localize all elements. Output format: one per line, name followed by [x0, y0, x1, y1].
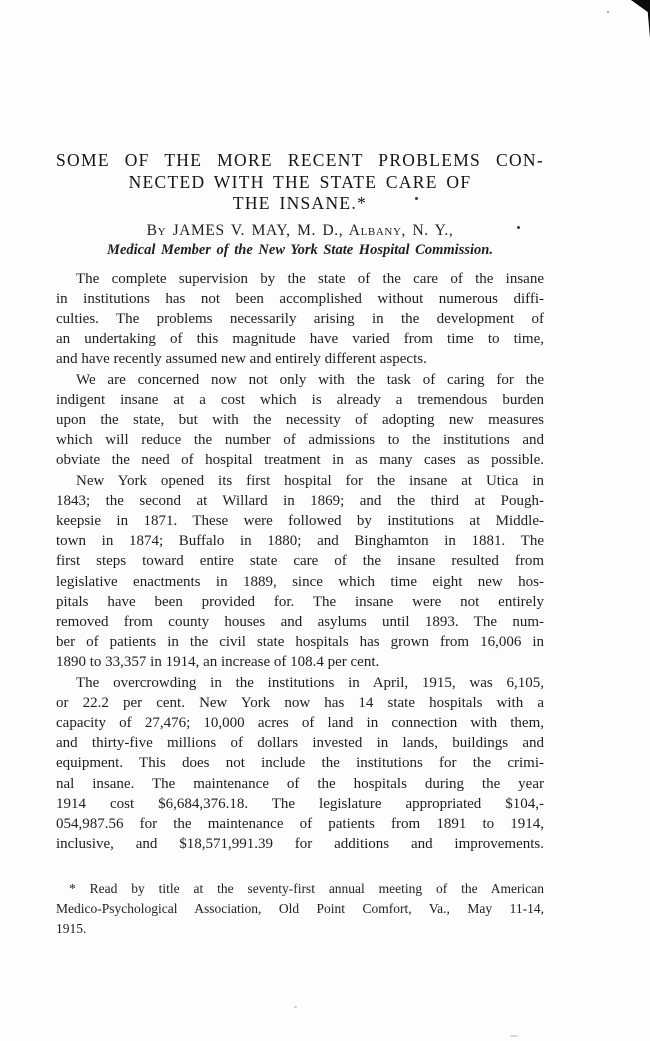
text-line: culties. The problems necessarily arisin…: [56, 309, 544, 329]
text-line: 054,987.56 for the maintenance of patien…: [56, 814, 544, 834]
text-line: 1890 to 33,357 in 1914, an increase of 1…: [56, 652, 544, 672]
text-line: capacity of 27,476; 10,000 acres of land…: [56, 713, 544, 733]
text-line: We are concerned now not only with the t…: [56, 370, 544, 390]
text-line: removed from county houses and asylums u…: [56, 612, 544, 632]
author-byline: By JAMES V. MAY, M. D., Albany, N. Y.,: [56, 222, 544, 240]
text-line: indigent insane at a cost which is alrea…: [56, 390, 544, 410]
text-line: nal insane. The maintenance of the hospi…: [56, 774, 544, 794]
scanned-paper-page: SOME OF THE MORE RECENT PROBLEMS CON- NE…: [0, 0, 650, 1041]
text-line: inclusive, and $18,571,991.39 for additi…: [56, 834, 544, 854]
body-paragraph: The overcrowding in the institutions in …: [56, 673, 544, 855]
title-line-3: THE INSANE.*: [56, 193, 544, 215]
text-line: Medico-Psychological Association, Old Po…: [56, 899, 544, 919]
article: SOME OF THE MORE RECENT PROBLEMS CON- NE…: [56, 150, 544, 939]
text-line: 1915.: [56, 919, 544, 939]
scan-corner-artifact: [631, 0, 650, 40]
text-line: keepsie in 1871. These were followed by …: [56, 511, 544, 531]
text-line: which will reduce the number of admissio…: [56, 430, 544, 450]
text-line: town in 1874; Buffalo in 1880; and Bingh…: [56, 531, 544, 551]
text-line: The complete supervision by the state of…: [56, 269, 544, 289]
text-line: New York opened its first hospital for t…: [56, 471, 544, 491]
text-line: pitals have been provided for. The insan…: [56, 592, 544, 612]
text-line: equipment. This does not include the ins…: [56, 753, 544, 773]
title-line-2: NECTED WITH THE STATE CARE OF: [56, 172, 544, 194]
ink-speck: [294, 1006, 297, 1008]
text-line: * Read by title at the seventy-first ann…: [56, 879, 544, 899]
footnote: * Read by title at the seventy-first ann…: [56, 879, 544, 939]
text-line: ber of patients in the civil state hospi…: [56, 632, 544, 652]
text-line: first steps toward entire state care of …: [56, 551, 544, 571]
title-line-1: SOME OF THE MORE RECENT PROBLEMS CON-: [56, 150, 544, 172]
body-paragraph: The complete supervision by the state of…: [56, 269, 544, 370]
author-affiliation: Medical Member of the New York State Hos…: [56, 242, 544, 259]
ink-speck: [510, 1035, 518, 1037]
text-line: 1843; the second at Willard in 1869; and…: [56, 491, 544, 511]
text-line: 1914 cost $6,684,376.18. The legislature…: [56, 794, 544, 814]
text-line: or 22.2 per cent. New York now has 14 st…: [56, 693, 544, 713]
article-title: SOME OF THE MORE RECENT PROBLEMS CON- NE…: [56, 150, 544, 215]
article-body: The complete supervision by the state of…: [56, 269, 544, 855]
text-line: and thirty-five millions of dollars inve…: [56, 733, 544, 753]
text-line: in institutions has not been accomplishe…: [56, 289, 544, 309]
text-line: upon the state, but with the necessity o…: [56, 410, 544, 430]
body-paragraph: New York opened its first hospital for t…: [56, 471, 544, 673]
text-line: an undertaking of this magnitude have va…: [56, 329, 544, 349]
text-line: obviate the need of hospital treatment i…: [56, 450, 544, 470]
ink-speck: [607, 11, 609, 13]
text-line: and have recently assumed new and entire…: [56, 349, 544, 369]
body-paragraph: We are concerned now not only with the t…: [56, 370, 544, 471]
text-line: The overcrowding in the institutions in …: [56, 673, 544, 693]
text-line: legislative enactments in 1889, since wh…: [56, 572, 544, 592]
